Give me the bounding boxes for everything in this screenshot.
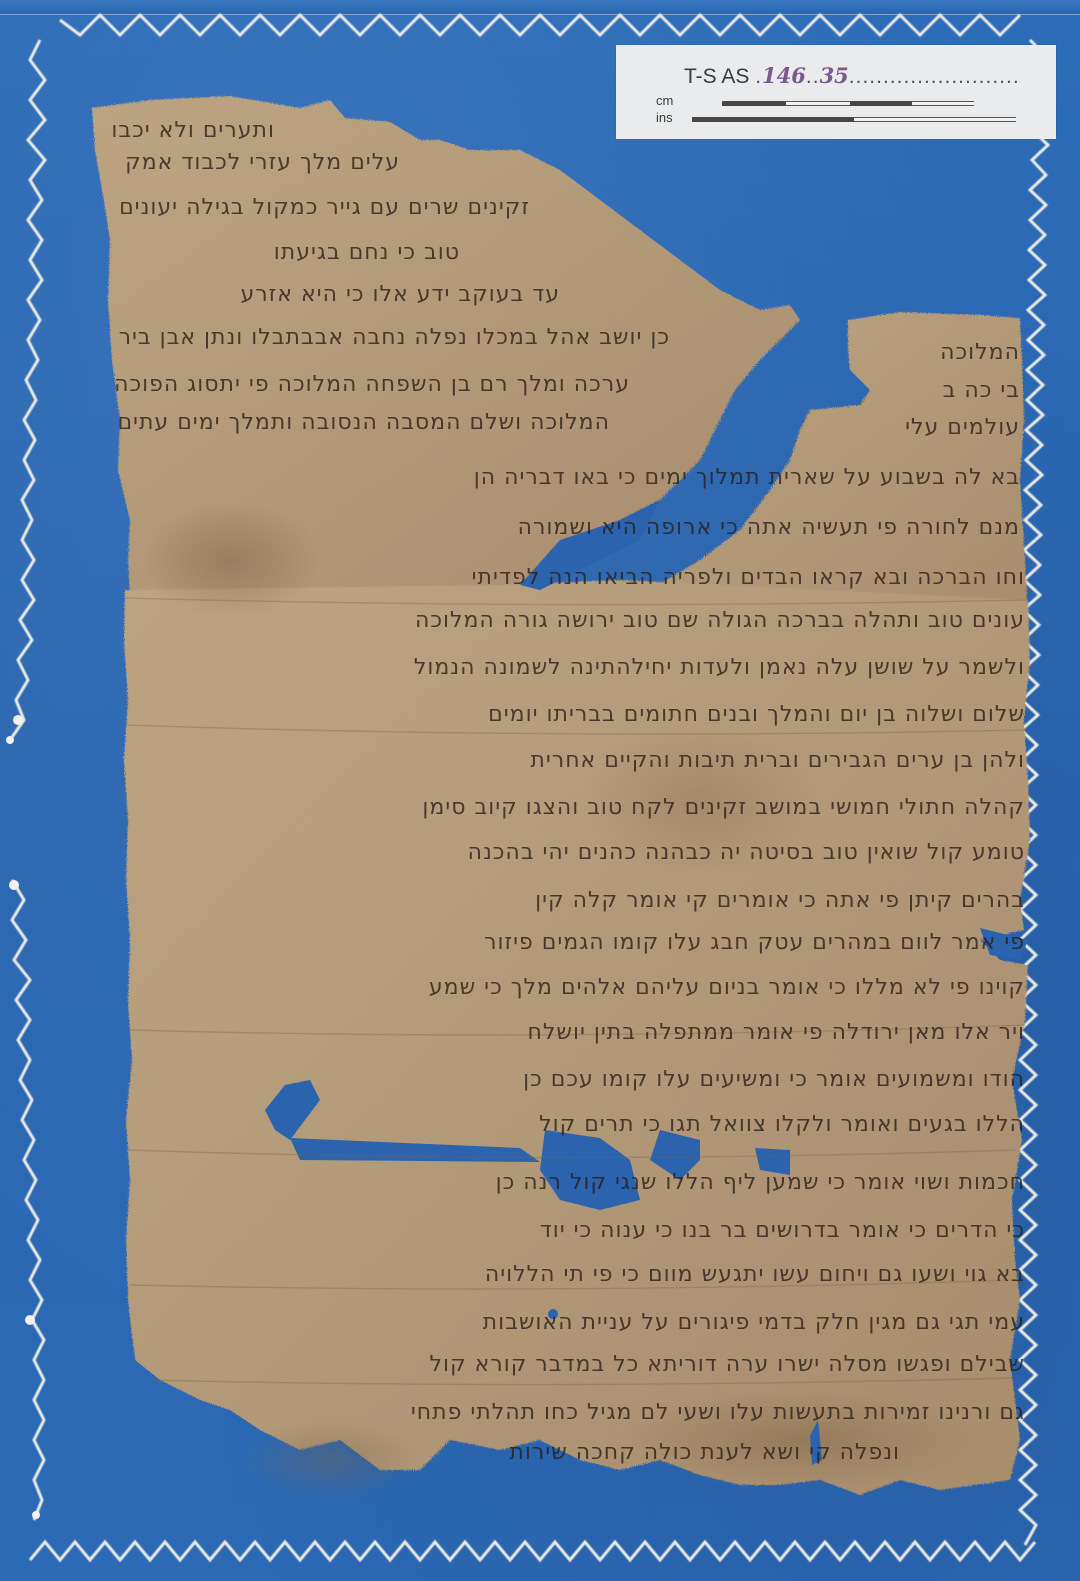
manuscript-line: ונפלה קי ושא לענת כולה קחכה שירות xyxy=(240,1440,900,1465)
manuscript-line: חכמות ושוי אומר כי שמען ליף הללו שנגי קו… xyxy=(125,1170,1025,1195)
manuscript-line: ותערים ולא יכבו xyxy=(110,118,275,143)
classmark-number-1: 146 xyxy=(762,63,806,88)
manuscript-line: עלים מלך עזרי לכבוד אמק xyxy=(100,150,400,175)
manuscript-line: עונים טוב ותהלה בברכה הגולה שם טוב ירושה… xyxy=(125,608,1025,633)
manuscript-line: ויר אלו מאן ירודלה פי אומר ממתפלה בתין י… xyxy=(125,1020,1025,1045)
manuscript-line: כן יושב אהל במכלו נפלה נחבה אבבתבלו ונתן… xyxy=(110,325,670,350)
manuscript-line: עולמים עלי xyxy=(850,415,1020,440)
manuscript-line: בא לה בשבוע על שארית תמלוך ימים כי באו ד… xyxy=(110,465,1020,490)
manuscript-line: הודו ומשמועים אומר כי ומשיעים עלו קומו ע… xyxy=(125,1067,1025,1092)
manuscript-line: שלום ושלוה בן יום והמלך ובנים חתומים בבר… xyxy=(125,702,1025,727)
manuscript-line: שבילם ופגשו מסלה ישרו ערה דוריתא כל במדב… xyxy=(125,1352,1025,1377)
manuscript-line: המלוכה ושלם המסבה הנסובה ותמלך ימים עתים xyxy=(110,410,610,435)
manuscript-line: ולהן בן ערים הגבירים וברית תיבות והקיים … xyxy=(125,748,1025,773)
manuscript-line: זקינים שרים עם גייר כמקול בגילה יעונים xyxy=(100,195,530,220)
manuscript-line: הללו בגעים ואומר ולקלו צוואל תגו כי תרים… xyxy=(125,1112,1025,1137)
manuscript-line: בי כה ב xyxy=(850,378,1020,403)
manuscript-line: טוב כי נחם בגיעתו xyxy=(120,240,460,265)
manuscript-line: עמי תגי גם מגין חלק בדמי פיגורים על עניי… xyxy=(125,1310,1025,1335)
shelfmark-label: T-S AS .146..35.........................… xyxy=(616,45,1056,139)
manuscript-line: עד בעוקב ידע אלו כי היא אזרע xyxy=(120,282,560,307)
manuscript-fragment xyxy=(0,0,1080,1581)
classmark-number-2: 35 xyxy=(820,63,849,88)
manuscript-line: גם ורנינו זמירות בתעשות עלו ושעי לם מגיל… xyxy=(125,1400,1025,1425)
manuscript-line: כי הדרים כי אומר בדרושים בר בנו כי ענוה … xyxy=(125,1218,1025,1243)
scale-cm-label: cm xyxy=(656,93,673,108)
manuscript-line: טומע קול שואין טוב בסיטה יה כבהנה כהנים … xyxy=(125,840,1025,865)
scale-ins-label: ins xyxy=(656,110,673,125)
manuscript-line: וחו הברכה ובא קראו הבדים ולפריה הביאו הנ… xyxy=(125,565,1025,590)
manuscript-line: ולשמר על שושן עלה נאמן ולעדות יחילהתינה … xyxy=(125,655,1025,680)
manuscript-line: קוינו פי לא מללו כי אומר בניום עליהם אלה… xyxy=(125,975,1025,1000)
manuscript-line: המלוכה xyxy=(850,340,1020,365)
manuscript-line: בא גוי ושעו גם ויחום עשו יתגעש מוום כי פ… xyxy=(125,1262,1025,1287)
manuscript-line: בהרים קיתן פי אתה כי אומרים קי אומר קלה … xyxy=(125,888,1025,913)
manuscript-line: קהלה חתולי חמושי במושב זקינים לקח טוב וה… xyxy=(125,795,1025,820)
manuscript-line: פי אמר לוום במהרים עטק חבג עלו קומו הגמי… xyxy=(125,930,1025,955)
classmark: T-S AS .146..35......................... xyxy=(684,63,1020,89)
manuscript-line: מנם לחורה פי תעשיה אתה כי ארופה היא ושמו… xyxy=(110,515,1020,540)
manuscript-line: ערכה ומלך רם בן השפחה המלוכה פי יתסוג הפ… xyxy=(110,372,630,397)
